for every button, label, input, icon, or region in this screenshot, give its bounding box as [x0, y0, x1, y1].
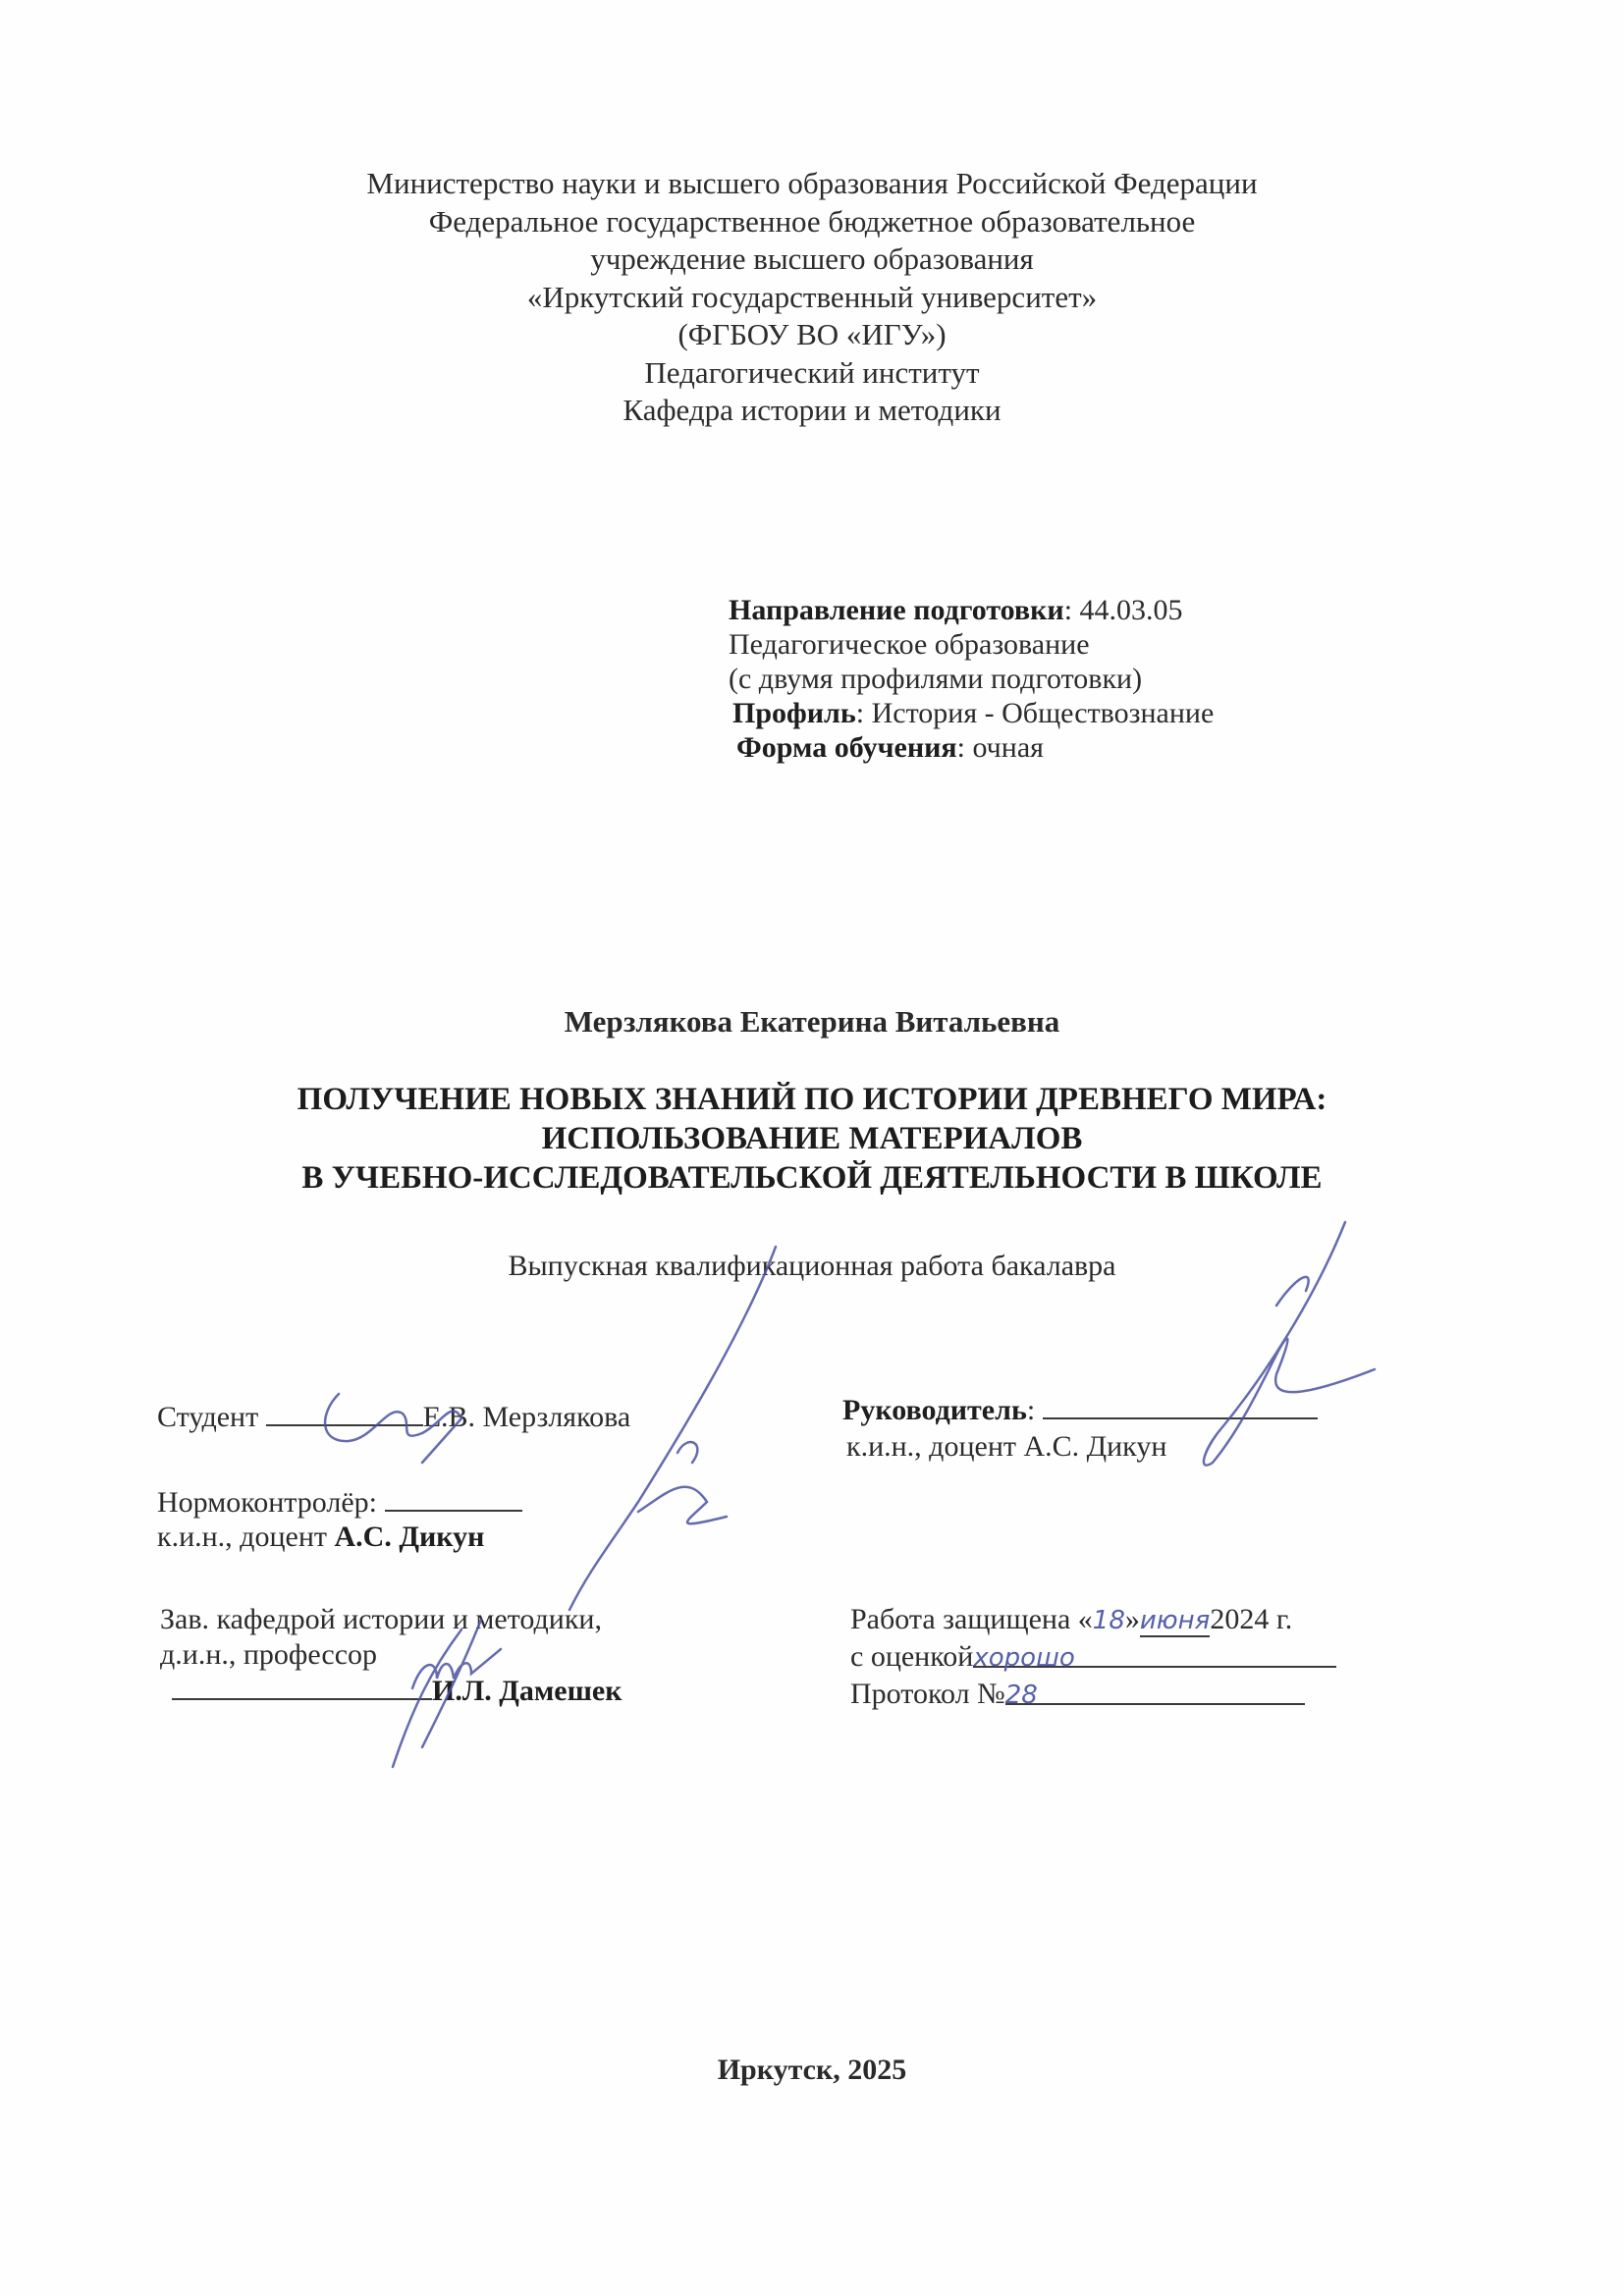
supervisor-signature-row: Руководитель: [842, 1392, 1318, 1428]
head-of-department-row: И.Л. Дамешек [172, 1673, 623, 1709]
normcontrol-name-row: к.и.н., доцент А.С. Дикун [157, 1520, 484, 1555]
profile-label: Профиль [732, 697, 856, 729]
protocol-label: Протокол № [850, 1678, 1005, 1710]
direction-line-3: (с двумя профилями подготовки) [729, 662, 1214, 696]
head-signature-line [172, 1673, 432, 1700]
institute-name: Педагогический институт [0, 354, 1624, 393]
supervisor-label: Руководитель [842, 1394, 1027, 1426]
student-name: Е.В. Мерзлякова [423, 1401, 631, 1433]
author-name: Мерзлякова Екатерина Витальевна [0, 1004, 1624, 1040]
university-abbr: (ФГБОУ ВО «ИГУ») [0, 316, 1624, 354]
form-value: : очная [957, 731, 1044, 764]
institution-line-1: Федеральное государственное бюджетное об… [0, 203, 1624, 241]
direction-line-2: Педагогическое образование [729, 627, 1214, 662]
grade-row: с оценкойхорошо [850, 1639, 1336, 1675]
profile-row: Профиль: История - Обществознание [729, 696, 1214, 730]
title-line-3: В УЧЕБНО-ИССЛЕДОВАТЕЛЬСКОЙ ДЕЯТЕЛЬНОСТИ … [0, 1158, 1624, 1198]
protocol-number: 28 [1005, 1678, 1305, 1705]
grade-value: хорошо [973, 1640, 1336, 1668]
supervisor-name: к.и.н., доцент А.С. Дикун [846, 1429, 1166, 1465]
head-of-department-name: И.Л. Дамешек [432, 1675, 623, 1707]
defense-date-row: Работа защищена «18»июня2024 г. [850, 1602, 1292, 1638]
ministry-line: Министерство науки и высшего образования… [0, 165, 1624, 203]
head-of-department-line-2: д.и.н., профессор [160, 1637, 377, 1673]
normcontrol-degree: к.и.н., доцент [157, 1521, 334, 1553]
title-line-2: ИСПОЛЬЗОВАНИЕ МАТЕРИАЛОВ [0, 1119, 1624, 1158]
student-label: Студент [157, 1401, 258, 1433]
city-year: Иркутск, 2025 [0, 2054, 1624, 2087]
form-row: Форма обучения: очная [729, 730, 1214, 765]
direction-row: Направление подготовки: 44.03.05 [729, 593, 1214, 627]
defense-month: июня [1140, 1606, 1210, 1637]
head-of-department-line-1: Зав. кафедрой истории и методики, [160, 1602, 602, 1637]
profile-value: : История - Обществознание [856, 697, 1215, 729]
institution-header: Министерство науки и высшего образования… [0, 165, 1624, 430]
protocol-row: Протокол №28 [850, 1677, 1305, 1712]
title-page: Министерство науки и высшего образования… [0, 0, 1624, 2296]
quote-close: » [1125, 1603, 1140, 1635]
form-label: Форма обучения [736, 731, 957, 764]
department-name: Кафедра истории и методики [0, 392, 1624, 430]
normcontrol-name: А.С. Дикун [334, 1521, 484, 1553]
normcontrol-signature-line [385, 1484, 522, 1512]
institution-line-2: учреждение высшего образования [0, 240, 1624, 279]
title-line-1: ПОЛУЧЕНИЕ НОВЫХ ЗНАНИЙ ПО ИСТОРИИ ДРЕВНЕ… [0, 1080, 1624, 1119]
defended-label: Работа защищена « [850, 1603, 1093, 1635]
normcontrol-row: Нормоконтролёр: [157, 1484, 522, 1521]
student-signature-line [266, 1399, 423, 1426]
student-signature-row: Студент Е.В. Мерзлякова [157, 1399, 630, 1435]
supervisor-signature-line [1043, 1392, 1318, 1419]
university-name: «Иркутский государственный университет» [0, 279, 1624, 317]
grade-label: с оценкой [850, 1640, 973, 1673]
work-type: Выпускная квалификационная работа бакала… [0, 1250, 1624, 1283]
thesis-title: ПОЛУЧЕНИЕ НОВЫХ ЗНАНИЙ ПО ИСТОРИИ ДРЕВНЕ… [0, 1080, 1624, 1198]
normcontrol-label: Нормоконтролёр: [157, 1486, 377, 1519]
defense-year: 2024 г. [1210, 1603, 1292, 1635]
supervisor-colon: : [1027, 1394, 1035, 1426]
defense-day: 18 [1093, 1606, 1125, 1635]
direction-value: : 44.03.05 [1064, 594, 1183, 626]
study-info-block: Направление подготовки: 44.03.05 Педагог… [729, 593, 1214, 765]
direction-label: Направление подготовки [729, 594, 1064, 626]
